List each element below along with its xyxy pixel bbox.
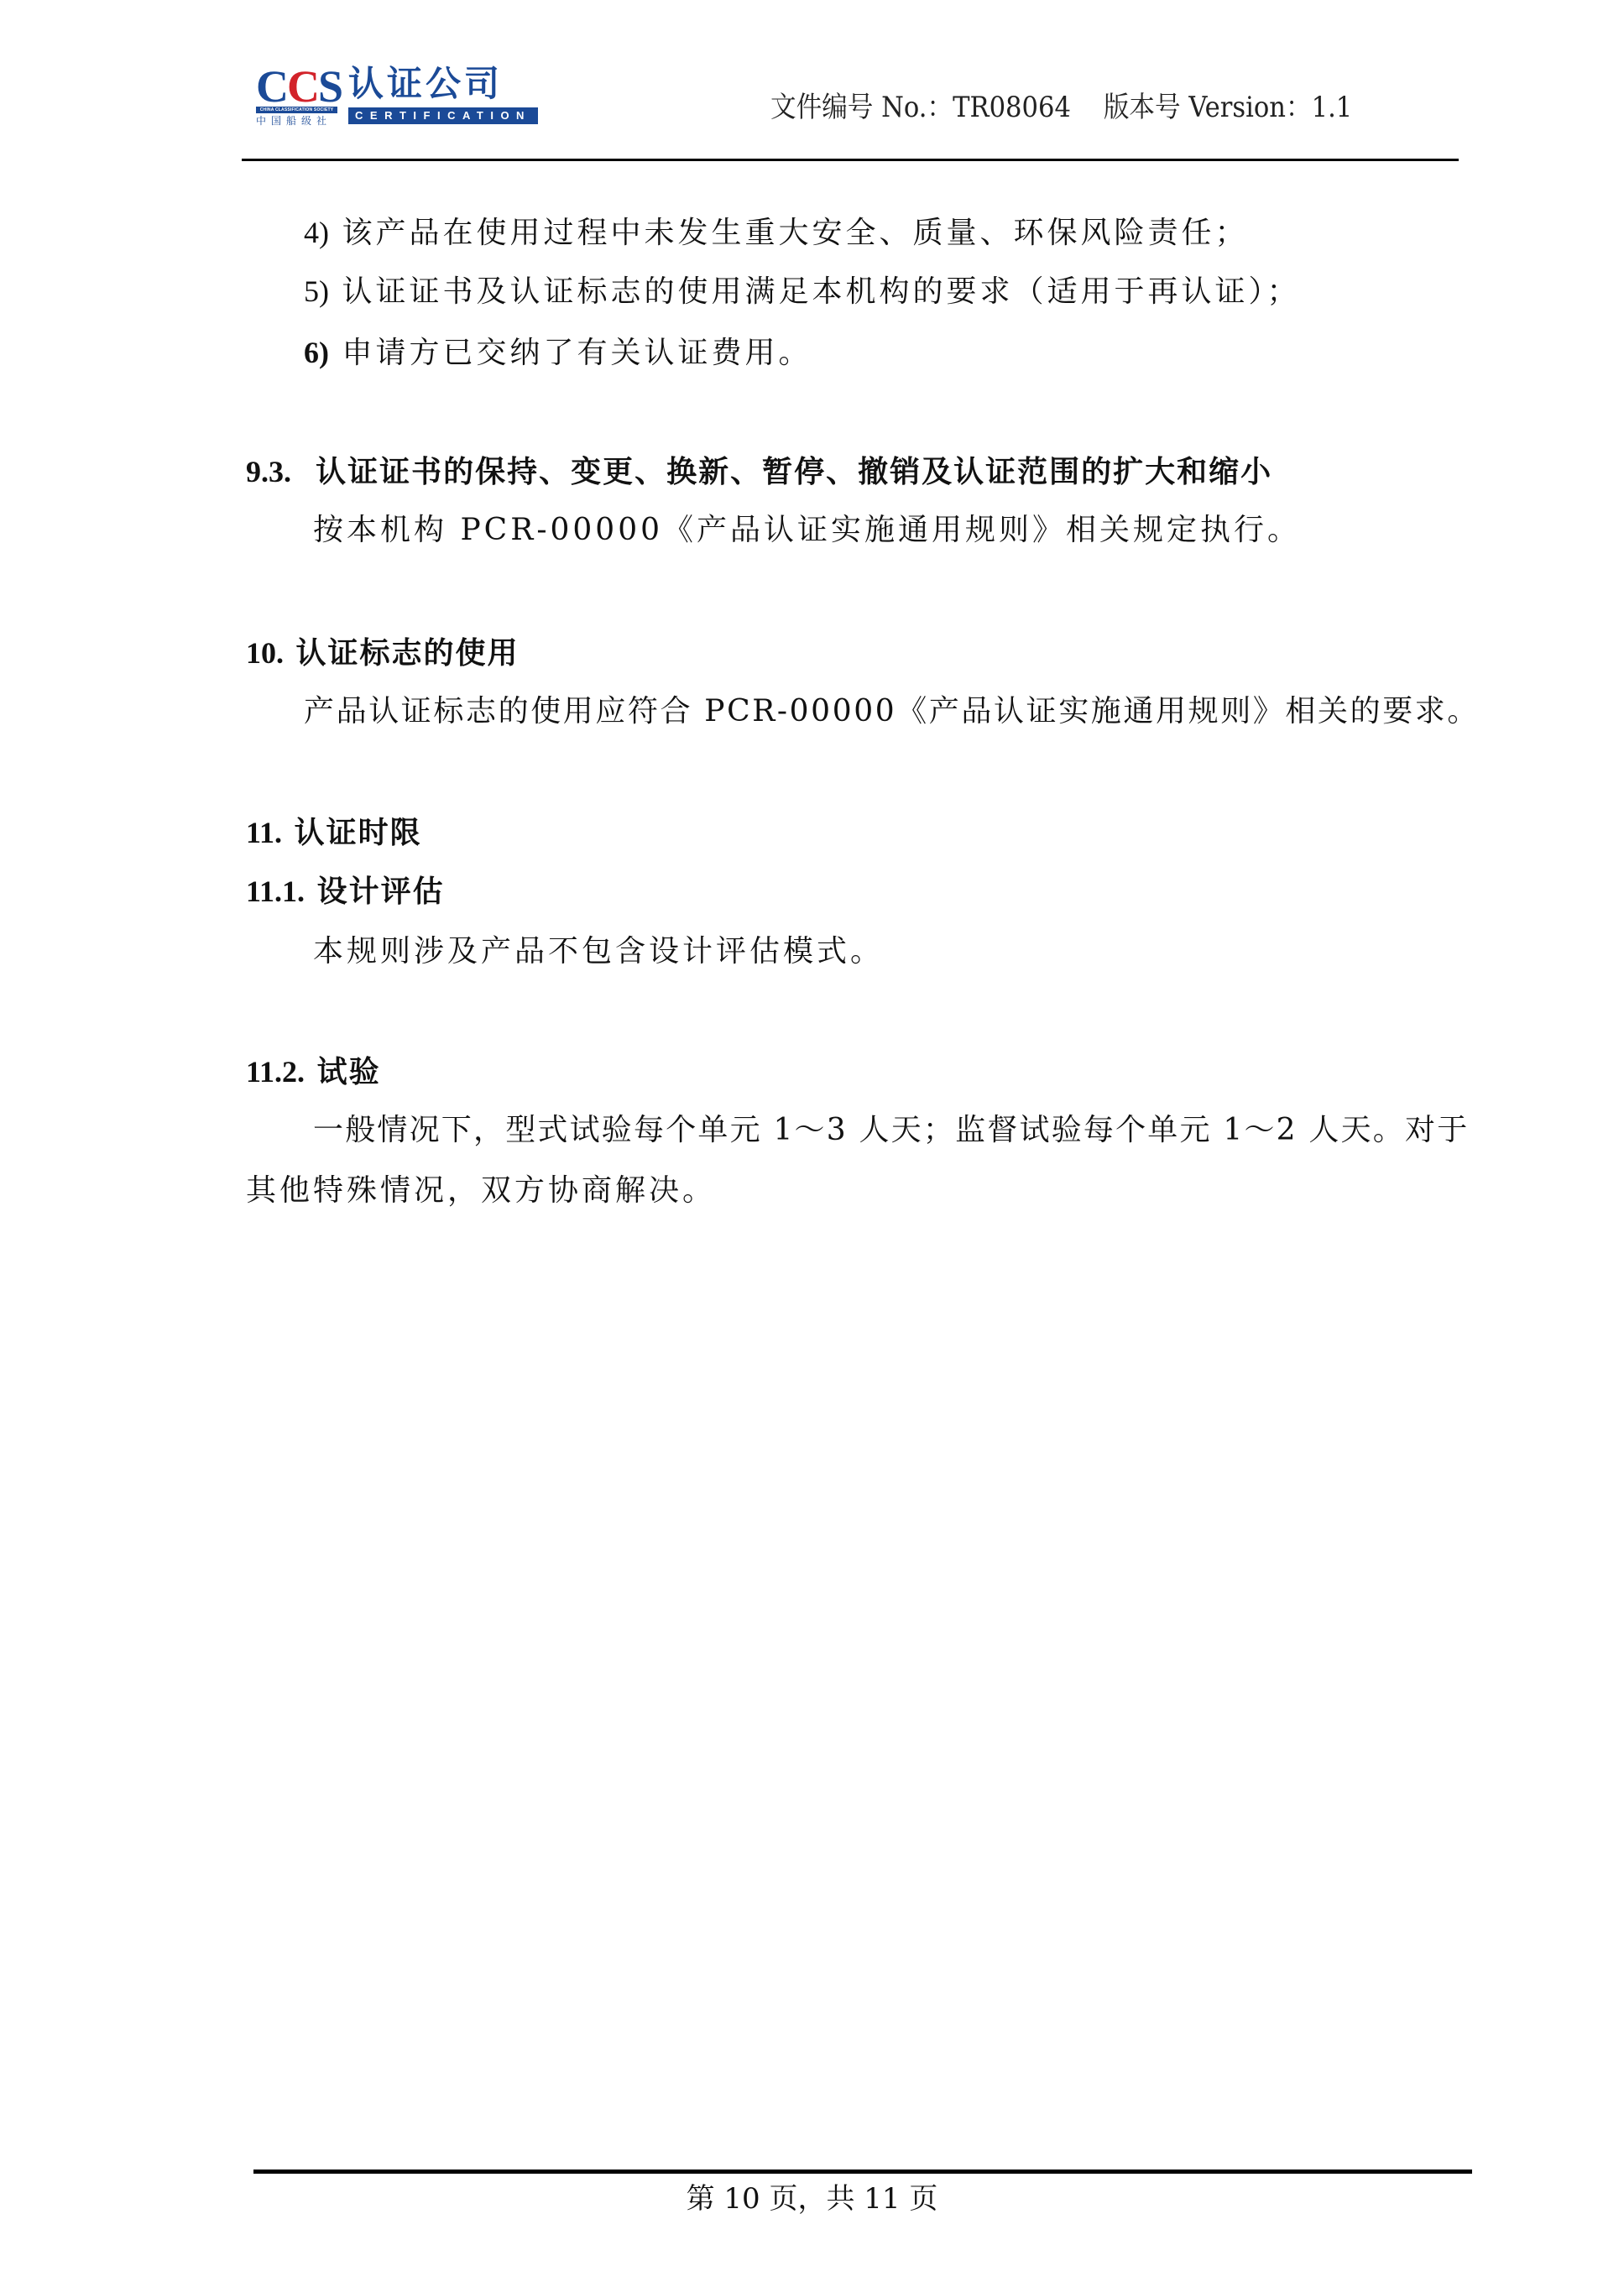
section-heading-11-2: 11.2. 试验 xyxy=(246,1053,381,1090)
ccs-certification-logo: CCS CHINA CLASSIFICATION SOCIETY 中国船级社 认… xyxy=(254,65,544,129)
version-number: 1.1 xyxy=(1312,91,1353,124)
doc-no-label: 文件编号 No.： xyxy=(770,91,953,124)
list-item: 6) 申请方已交纳了有关认证费用。 xyxy=(304,334,812,372)
page-number: 第 10 页，共 11 页 xyxy=(0,2180,1624,2217)
section-paragraph: 产品认证标志的使用应符合 PCR-00000《产品认证实施通用规则》相关的要求。 xyxy=(304,693,1480,730)
section-heading-10: 10. 认证标志的使用 xyxy=(246,634,520,671)
section-heading-9-3: 9.3. 认证证书的保持、变更、换新、暂停、撤销及认证范围的扩大和缩小 xyxy=(246,453,1272,490)
section-paragraph: 按本机构 PCR-00000《产品认证实施通用规则》相关规定执行。 xyxy=(313,512,1301,549)
section-paragraph-continued: 其他特殊情况，双方协商解决。 xyxy=(246,1172,716,1209)
header-rule xyxy=(242,159,1459,161)
document-info: 文件编号 No.：TR08064 版本号 Version：1.1 xyxy=(770,89,1352,126)
society-cn-label: 中国船级社 xyxy=(256,114,337,128)
society-en-band: CHINA CLASSIFICATION SOCIETY xyxy=(256,107,337,113)
section-heading-11-1: 11.1. 设计评估 xyxy=(246,873,445,910)
section-paragraph: 本规则涉及产品不包含设计评估模式。 xyxy=(313,933,884,970)
footer-rule xyxy=(253,2170,1472,2174)
version-label: 版本号 Version： xyxy=(1104,91,1312,124)
section-heading-11: 11. 认证时限 xyxy=(246,814,422,851)
section-paragraph: 一般情况下，型式试验每个单元 1～3 人天；监督试验每个单元 1～2 人天。对于 xyxy=(313,1112,1469,1149)
list-item: 5) 认证证书及认证标志的使用满足本机构的要求（适用于再认证）； xyxy=(304,273,1300,311)
ccs-logo-letters: CCS xyxy=(256,65,342,107)
doc-no: TR08064 xyxy=(953,91,1071,124)
company-cn-label: 认证公司 xyxy=(348,65,503,102)
company-en-band: CERTIFICATION xyxy=(348,107,538,124)
list-item: 4) 该产品在使用过程中未发生重大安全、质量、环保风险责任； xyxy=(304,214,1248,252)
